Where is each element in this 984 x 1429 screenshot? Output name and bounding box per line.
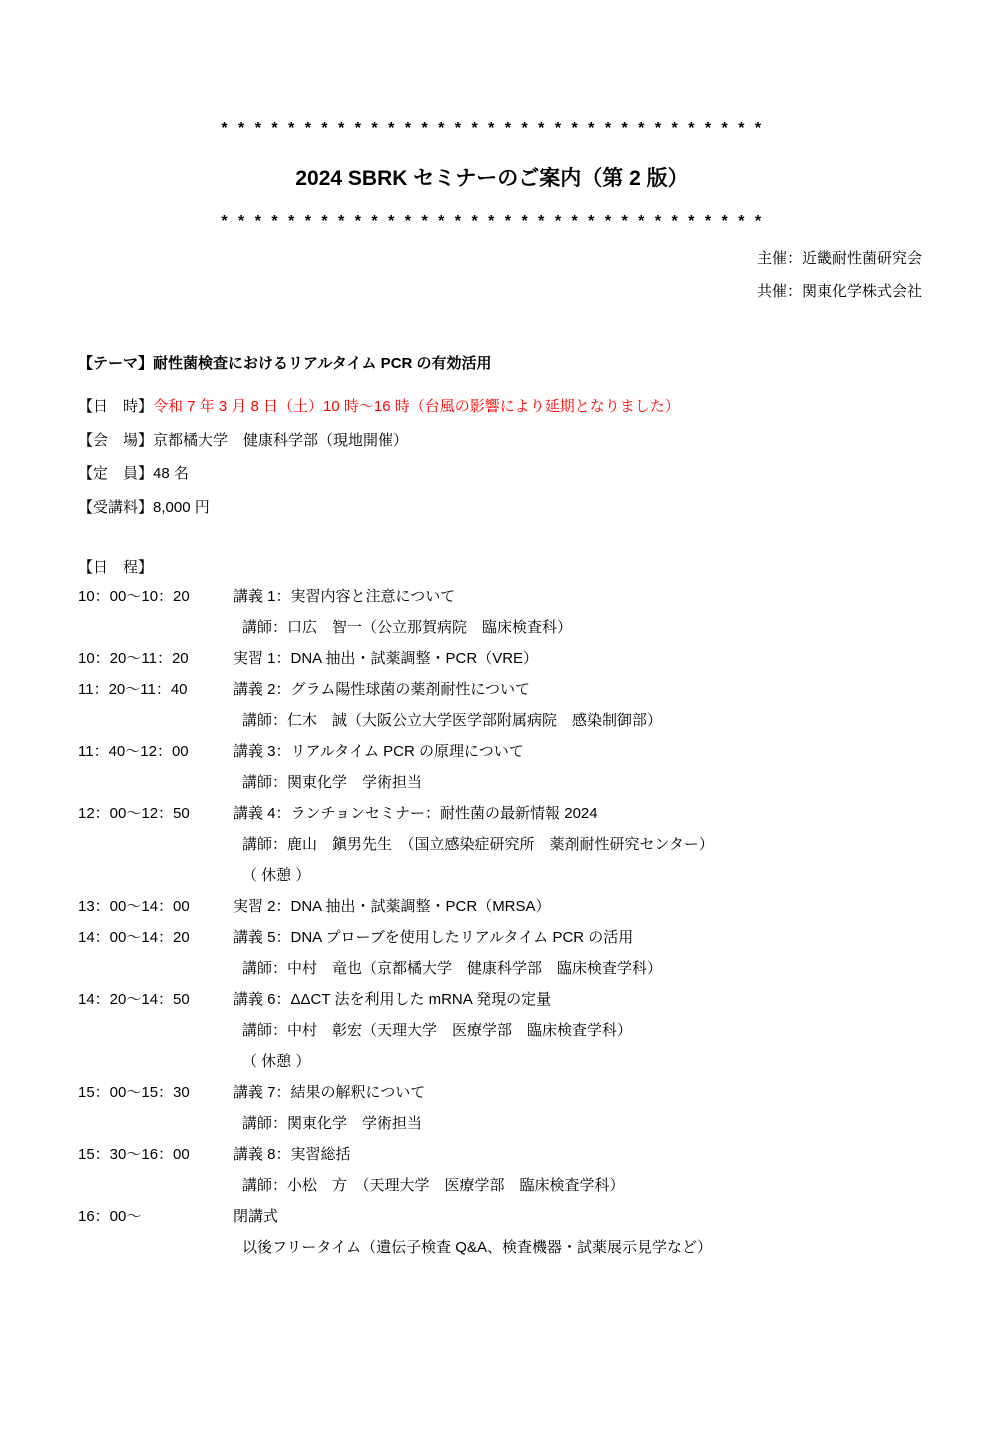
schedule-row: 講師：関東化学 学術担当 [78, 767, 714, 798]
schedule-time [78, 1015, 233, 1046]
schedule-time [78, 829, 233, 860]
detail-value-datetime: 令和 7 年 3 月 8 日（土）10 時～16 時（台風の影響により延期となり… [153, 398, 680, 415]
schedule-text: 講義 5：DNA プローブを使用したリアルタイム PCR の活用 [233, 922, 633, 953]
schedule-row: 12：00～12：50講義 4：ランチョンセミナー：耐性菌の最新情報 2024 [78, 798, 714, 829]
schedule-time: 14：20～14：50 [78, 984, 233, 1015]
document-page: * * * * * * * * * * * * * * * * * * * * … [0, 0, 984, 1429]
schedule-time: 14：00～14：20 [78, 922, 233, 953]
detail-row-datetime: 【日 時】令和 7 年 3 月 8 日（土）10 時～16 時（台風の影響により… [78, 390, 680, 424]
schedule-row: 講師：関東化学 学術担当 [78, 1108, 714, 1139]
schedule-time [78, 1108, 233, 1139]
schedule-text: 講師：関東化学 学術担当 [233, 1108, 422, 1139]
document-title: 2024 SBRK セミナーのご案内（第 2 版） [0, 162, 984, 192]
schedule-row: 15：30～16：00講義 8：実習総括 [78, 1139, 714, 1170]
schedule-row: 講師：鹿山 鎭男先生 （国立感染症研究所 薬剤耐性研究センター） [78, 829, 714, 860]
detail-row-venue: 【会 場】京都橘大学 健康科学部（現地開催） [78, 424, 680, 458]
schedule-text: 講義 2：グラム陽性球菌の薬剤耐性について [233, 674, 530, 705]
schedule-time: 16：00～ [78, 1201, 233, 1232]
schedule-heading: 【日 程】 [78, 556, 153, 577]
detail-row-fee: 【受講料】8,000 円 [78, 491, 680, 525]
schedule-text: 講義 3：リアルタイム PCR の原理について [233, 736, 524, 767]
schedule-row: 16：00～閉講式 [78, 1201, 714, 1232]
schedule-row: 講師：中村 彰宏（天理大学 医療学部 臨床検査学科） [78, 1015, 714, 1046]
schedule-text: （ 休憩 ） [233, 860, 310, 891]
schedule-text: 講義 6：ΔΔCT 法を利用した mRNA 発現の定量 [233, 984, 551, 1015]
schedule-time [78, 1170, 233, 1201]
schedule-row-break: （ 休憩 ） [78, 1046, 714, 1077]
schedule-time [78, 953, 233, 984]
detail-label: 【定 員】 [78, 465, 153, 482]
schedule-time: 13：00～14：00 [78, 891, 233, 922]
schedule-row: 講師：仁木 誠（大阪公立大学医学部附属病院 感染制御部） [78, 705, 714, 736]
schedule-text: 講義 7：結果の解釈について [233, 1077, 425, 1108]
schedule-text: 講師：鹿山 鎭男先生 （国立感染症研究所 薬剤耐性研究センター） [233, 829, 714, 860]
detail-label: 【受講料】 [78, 499, 153, 516]
schedule-row: 14：20～14：50講義 6：ΔΔCT 法を利用した mRNA 発現の定量 [78, 984, 714, 1015]
schedule-text: 講義 4：ランチョンセミナー：耐性菌の最新情報 2024 [233, 798, 598, 829]
detail-label: 【会 場】 [78, 432, 153, 449]
schedule-time [78, 860, 233, 891]
schedule-time [78, 1046, 233, 1077]
theme-text: 耐性菌検査におけるリアルタイム PCR の有効活用 [153, 355, 492, 372]
detail-value-capacity: 48 名 [153, 465, 189, 482]
schedule-time: 10：00～10：20 [78, 581, 233, 612]
schedule-time: 11：20～11：40 [78, 674, 233, 705]
schedule-row: 10：00～10：20講義 1：実習内容と注意について [78, 581, 714, 612]
detail-value-fee: 8,000 円 [153, 499, 210, 516]
schedule-block: 10：00～10：20講義 1：実習内容と注意について 講師：口広 智一（公立那… [78, 581, 714, 1263]
asterisk-divider-top: * * * * * * * * * * * * * * * * * * * * … [0, 120, 984, 138]
schedule-text: 実習 1：DNA 抽出・試薬調整・PCR（VRE） [233, 643, 538, 674]
schedule-text: 講師：関東化学 学術担当 [233, 767, 422, 798]
schedule-text: 以後フリータイム（遺伝子検査 Q&A、検査機器・試薬展示見学など） [233, 1232, 712, 1263]
schedule-row-break: （ 休憩 ） [78, 860, 714, 891]
schedule-text: 講師：仁木 誠（大阪公立大学医学部附属病院 感染制御部） [233, 705, 662, 736]
schedule-time: 11：40～12：00 [78, 736, 233, 767]
schedule-text: （ 休憩 ） [233, 1046, 310, 1077]
schedule-text: 講義 8：実習総括 [233, 1139, 351, 1170]
schedule-row: 講師：中村 竜也（京都橘大学 健康科学部 臨床検査学科） [78, 953, 714, 984]
schedule-text: 講師：中村 彰宏（天理大学 医療学部 臨床検査学科） [233, 1015, 632, 1046]
schedule-row: 11：40～12：00講義 3：リアルタイム PCR の原理について [78, 736, 714, 767]
schedule-text: 講義 1：実習内容と注意について [233, 581, 455, 612]
schedule-row: 13：00～14：00実習 2：DNA 抽出・試薬調整・PCR（MRSA） [78, 891, 714, 922]
co-organizer-line: 共催：関東化学株式会社 [757, 275, 922, 308]
schedule-row: 講師：口広 智一（公立那賀病院 臨床検査科） [78, 612, 714, 643]
schedule-text: 閉講式 [233, 1201, 278, 1232]
schedule-text: 講師：小松 方 （天理大学 医療学部 臨床検査学科） [233, 1170, 625, 1201]
detail-value-venue: 京都橘大学 健康科学部（現地開催） [153, 432, 408, 449]
schedule-time: 12：00～12：50 [78, 798, 233, 829]
schedule-row: 14：00～14：20講義 5：DNA プローブを使用したリアルタイム PCR … [78, 922, 714, 953]
schedule-text: 実習 2：DNA 抽出・試薬調整・PCR（MRSA） [233, 891, 551, 922]
schedule-row: 講師：小松 方 （天理大学 医療学部 臨床検査学科） [78, 1170, 714, 1201]
theme-label: 【テーマ】 [78, 355, 153, 372]
asterisk-divider-bottom: * * * * * * * * * * * * * * * * * * * * … [0, 213, 984, 231]
detail-row-capacity: 【定 員】48 名 [78, 457, 680, 491]
schedule-time [78, 1232, 233, 1263]
schedule-time: 15：30～16：00 [78, 1139, 233, 1170]
detail-label: 【日 時】 [78, 398, 153, 415]
details-block: 【日 時】令和 7 年 3 月 8 日（土）10 時～16 時（台風の影響により… [78, 390, 680, 524]
schedule-row: 11：20～11：40講義 2：グラム陽性球菌の薬剤耐性について [78, 674, 714, 705]
schedule-time: 15：00～15：30 [78, 1077, 233, 1108]
schedule-time [78, 767, 233, 798]
schedule-time: 10：20～11：20 [78, 643, 233, 674]
schedule-row: 10：20～11：20実習 1：DNA 抽出・試薬調整・PCR（VRE） [78, 643, 714, 674]
schedule-row: 15：00～15：30講義 7：結果の解釈について [78, 1077, 714, 1108]
host-block: 主催：近畿耐性菌研究会 共催：関東化学株式会社 [757, 242, 922, 308]
organizer-line: 主催：近畿耐性菌研究会 [757, 242, 922, 275]
schedule-row: 以後フリータイム（遺伝子検査 Q&A、検査機器・試薬展示見学など） [78, 1232, 714, 1263]
schedule-text: 講師：中村 竜也（京都橘大学 健康科学部 臨床検査学科） [233, 953, 662, 984]
schedule-time [78, 705, 233, 736]
schedule-text: 講師：口広 智一（公立那賀病院 臨床検査科） [233, 612, 572, 643]
theme-line: 【テーマ】耐性菌検査におけるリアルタイム PCR の有効活用 [78, 352, 492, 373]
schedule-time [78, 612, 233, 643]
